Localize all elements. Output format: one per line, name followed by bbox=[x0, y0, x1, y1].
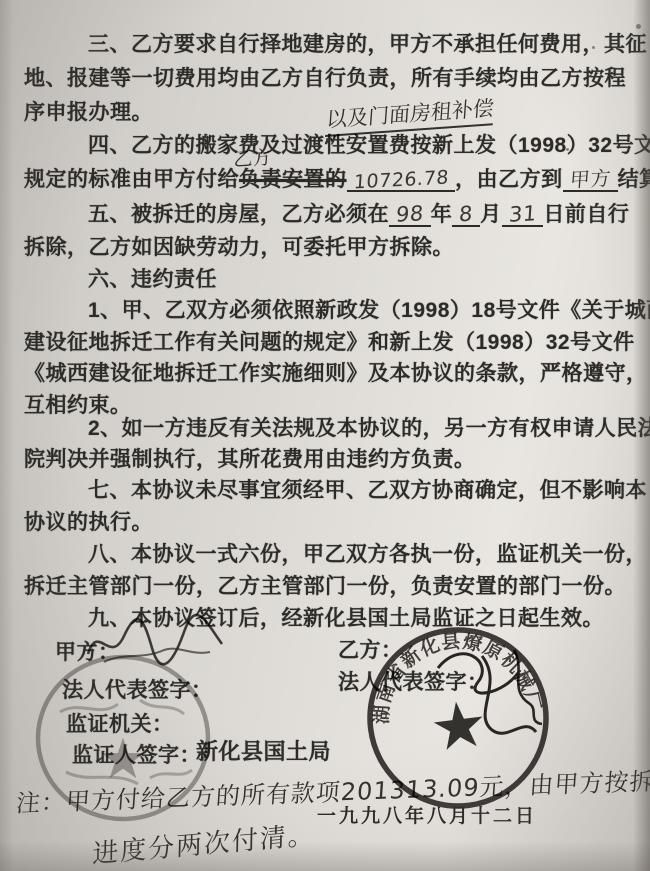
clause3-line1: 三、乙方要求自行择地建房的，甲方不承担任何费用，其征 bbox=[88, 28, 647, 58]
paper-edge-shadow-right bbox=[633, 0, 650, 871]
party-b-signature-scribble bbox=[424, 636, 554, 756]
clause7-line1: 七、本协议未尽事宜须经甲、乙双方协商确定，但不影响本 bbox=[88, 474, 647, 504]
clause5-year-handwritten: 98 bbox=[395, 203, 424, 225]
clause8-line2: 拆迁主管部门一份，乙方主管部门一份，负责安置的部门一份。 bbox=[24, 570, 626, 600]
paper-edge-shadow-left bbox=[0, 0, 14, 871]
clause6-item1-line3: 《城西建设征地拆迁工作实施细则》及本协议的条款，严格遵守， bbox=[24, 357, 648, 387]
clause6-item1-line2: 建设征地拆迁工作有关问题的规定》和新上发（1998）32号文件 bbox=[24, 326, 635, 356]
clause6-heading: 六、违约责任 bbox=[88, 263, 217, 293]
clause5-prefix: 五、被拆迁的房屋，乙方必须在 bbox=[88, 203, 389, 226]
paper-speck bbox=[592, 46, 595, 49]
clause4-line2: 规定的标准由甲方付给负责安置的10726.78，由乙方到甲方结算领取。 bbox=[24, 163, 650, 193]
paper-speck bbox=[566, 148, 569, 151]
clause3-line2: 地、报建等一切费用均由乙方自行负责，所有手续均由乙方按程 bbox=[24, 62, 626, 92]
clause5-month-label: 月 bbox=[480, 203, 502, 226]
clause4-middle: ，由乙方到 bbox=[455, 168, 563, 191]
notary-org-name: 新化县国土局 bbox=[196, 735, 331, 766]
clause4-struck-text: 负责安置的 bbox=[239, 168, 347, 191]
clause4-prefix: 规定的标准由甲方付给 bbox=[24, 168, 239, 191]
clause5-day-handwritten: 31 bbox=[508, 203, 537, 225]
clause3-line3: 序申报办理。 bbox=[24, 96, 153, 126]
clause8-line1: 八、本协议一式六份，甲乙双方各执一份，监证机关一份， bbox=[88, 538, 647, 568]
clause6-item2-line1: 2、如一方违反有关法规及本协议的，另一方有权申请人民法 bbox=[88, 412, 650, 442]
clause6-item1-line1: 1、甲、乙双方必须依照新政发（1998）18号文件《关于城西 bbox=[88, 294, 650, 324]
document-photo: 三、乙方要求自行择地建房的，甲方不承担任何费用，其征 地、报建等一切费用均由乙方… bbox=[0, 0, 650, 871]
clause5-suffix: 日前自行 bbox=[543, 203, 629, 226]
clause6-item2-line2: 院判决并强制执行，其所花费用由违约方负责。 bbox=[24, 443, 476, 473]
clause4-inserted-party-handwritten: 乙方 bbox=[232, 143, 272, 173]
clause5-month-handwritten: 8 bbox=[458, 204, 473, 226]
paper-edge-shadow-bottom bbox=[0, 841, 650, 871]
clause5-line2: 拆除，乙方如因缺劳动力，可委托甲方拆除。 bbox=[24, 231, 454, 261]
clause5-line1: 五、被拆迁的房屋，乙方必须在98年8月31日前自行 bbox=[88, 198, 629, 228]
clause4-amount-handwritten: 10726.78 bbox=[353, 169, 449, 193]
clause7-line2: 协议的执行。 bbox=[24, 506, 153, 536]
clause4-party-handwritten: 甲方 bbox=[569, 168, 612, 190]
clause5-year-label: 年 bbox=[431, 203, 453, 226]
